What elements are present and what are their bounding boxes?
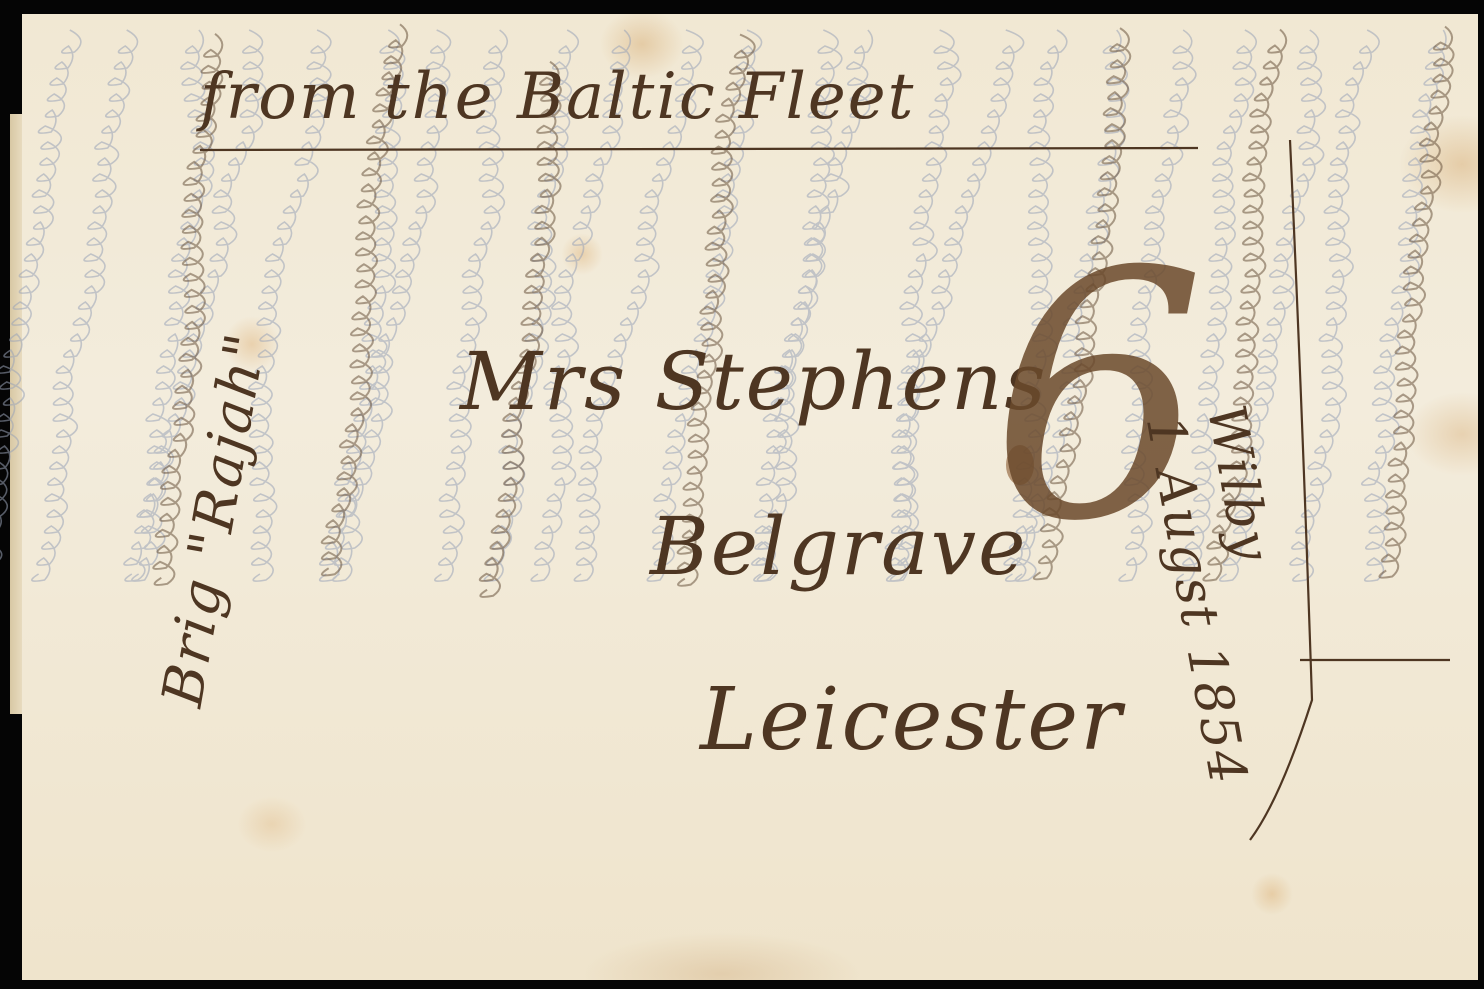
addressee-city: Leicester (700, 670, 1123, 770)
heading-from-the-baltic-fleet: from the Baltic Fleet (200, 60, 915, 134)
addressee-name: Mrs Stephens (460, 335, 1048, 428)
addressee-town: Belgrave (650, 500, 1027, 593)
